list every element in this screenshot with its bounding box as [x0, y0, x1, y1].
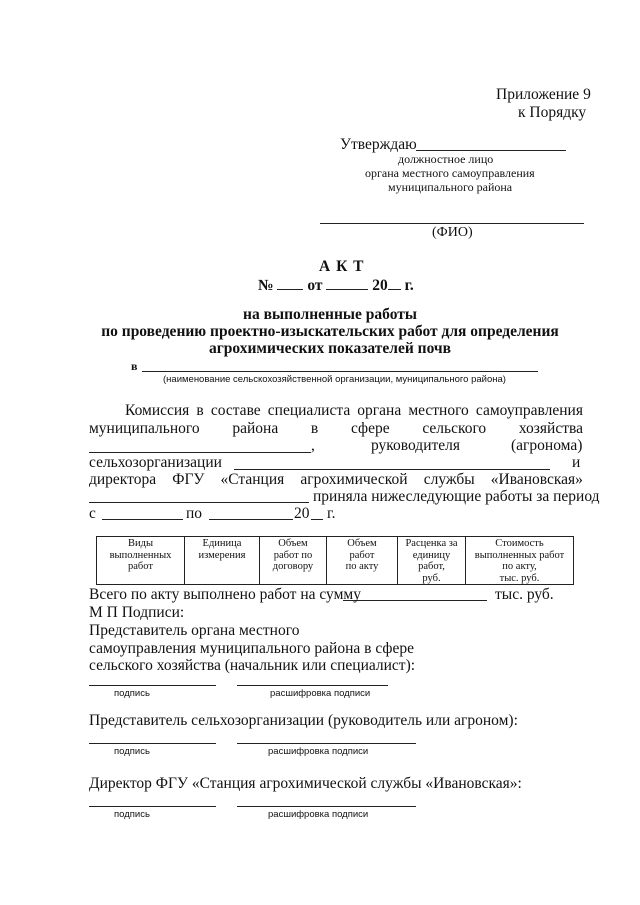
word: сельского — [422, 420, 486, 438]
in-label: в — [131, 359, 137, 374]
word: составе — [211, 402, 261, 420]
rep-org-decode-line[interactable] — [237, 743, 416, 744]
word: Комиссия — [125, 402, 189, 420]
official-caption-2: органа местного самоуправления — [365, 166, 535, 181]
head-label: руководителя — [371, 437, 460, 455]
word: специалиста — [268, 402, 350, 420]
organization-caption: (наименование сельскохозяйственной орган… — [163, 374, 506, 385]
rep-local-signature-line[interactable] — [89, 685, 216, 686]
director-decode-line[interactable] — [237, 806, 416, 807]
word: района — [232, 420, 278, 438]
agri-org-label: сельхозорганизации — [89, 454, 222, 472]
director-name-line[interactable] — [89, 502, 309, 503]
word: агрохимической — [300, 471, 407, 489]
col-unit-rate: Расценка за единицу работ, руб. — [398, 537, 466, 585]
period-year-prefix: 20 — [294, 505, 310, 523]
director-label: Директор ФГУ «Станция агрохимической слу… — [89, 775, 522, 793]
act-number-line: № от 20 г. — [258, 276, 414, 295]
col-work-types: Виды выполненных работ — [97, 537, 185, 585]
rep-org-label: Представитель сельхозорганизации (руково… — [89, 712, 518, 730]
word: хозяйства — [519, 420, 583, 438]
fio-caption: (ФИО) — [432, 225, 473, 241]
decode-caption: расшифровка подписи — [270, 688, 370, 699]
and-label: и — [572, 454, 580, 472]
act-number-field[interactable] — [277, 276, 303, 290]
word: службы — [424, 471, 475, 489]
agronomist-label: (агронома) — [511, 437, 582, 455]
total-sum-field[interactable] — [343, 600, 487, 601]
signature-caption: подпись — [114, 809, 150, 820]
word: «Ивановская» — [491, 471, 583, 489]
signature-caption: подпись — [114, 746, 150, 757]
word: самоуправления — [476, 402, 583, 420]
period-from-field[interactable] — [102, 519, 183, 520]
period-from-label: с — [89, 505, 96, 523]
body-line-1: Комиссия в составе специалиста органа ме… — [125, 402, 583, 420]
table-header-row: Виды выполненных работ Единица измерения… — [97, 537, 574, 585]
period-year-suffix: г. — [327, 505, 335, 523]
word: органа — [357, 402, 401, 420]
seal-signatures-label: М П Подписи: — [89, 604, 184, 622]
from-label: от — [307, 277, 322, 294]
act-date-field[interactable] — [326, 276, 368, 290]
organization-name-line[interactable] — [142, 371, 538, 372]
period-year-field[interactable] — [311, 519, 323, 520]
subtitle-line-2: по проведению проектно-изыскательских ра… — [0, 323, 640, 341]
total-unit: тыс. руб. — [495, 586, 554, 604]
official-caption-1: должностное лицо — [398, 152, 493, 167]
rep-local-line-1: Представитель органа местного — [89, 622, 299, 640]
director-signature-line[interactable] — [89, 806, 216, 807]
word: муниципального — [89, 420, 200, 438]
comma: , — [311, 437, 315, 455]
rep-local-line-3: сельского хозяйства (начальник или специ… — [89, 657, 415, 675]
word: местного — [408, 402, 469, 420]
act-title: А К Т — [319, 258, 365, 276]
fio-line[interactable] — [320, 223, 584, 224]
col-contract-volume: Объем работ по договору — [260, 537, 327, 585]
rep-local-decode-line[interactable] — [237, 685, 388, 686]
decode-caption: расшифровка подписи — [268, 746, 368, 757]
rep-org-signature-line[interactable] — [89, 743, 216, 744]
subtitle-line-3: агрохимических показателей почв — [0, 340, 640, 358]
period-to-field[interactable] — [209, 519, 293, 520]
rep-local-line-2: самоуправления муниципального района в с… — [89, 640, 414, 658]
col-total-cost: Стоимость выполненных работ по акту, тыс… — [466, 537, 574, 585]
works-table: Виды выполненных работ Единица измерения… — [96, 536, 574, 585]
order-reference: к Порядку — [518, 104, 586, 122]
year-prefix: 20 — [372, 277, 388, 294]
subtitle-line-1: на выполненные работы — [0, 306, 640, 324]
agri-org-head-line[interactable] — [234, 469, 550, 470]
word: в — [196, 402, 203, 420]
word: директора — [89, 471, 156, 489]
official-caption-3: муниципального района — [388, 180, 512, 195]
word: сфере — [351, 420, 390, 438]
col-act-volume: Объем работ по акту — [327, 537, 398, 585]
body-line-5: директора ФГУ «Станция агрохимической сл… — [89, 471, 583, 489]
approver-signature-line[interactable] — [416, 150, 566, 151]
word: «Станция — [221, 471, 285, 489]
appendix-label: Приложение 9 — [496, 86, 591, 104]
act-year-field[interactable] — [388, 276, 401, 290]
col-unit: Единица измерения — [185, 537, 260, 585]
total-label: Всего по акту выполнено работ на сумму — [89, 586, 361, 604]
body-line-2: муниципального района в сфере сельского … — [89, 420, 583, 438]
word: ФГУ — [172, 471, 204, 489]
number-sign: № — [258, 277, 274, 294]
specialist-name-line[interactable] — [89, 452, 311, 453]
year-suffix: г. — [405, 277, 414, 294]
word: в — [311, 420, 318, 438]
decode-caption: расшифровка подписи — [268, 809, 368, 820]
signature-caption: подпись — [114, 688, 150, 699]
accepted-works-label: приняла нижеследующие работы за период — [313, 488, 600, 506]
period-to-label: по — [186, 505, 202, 523]
